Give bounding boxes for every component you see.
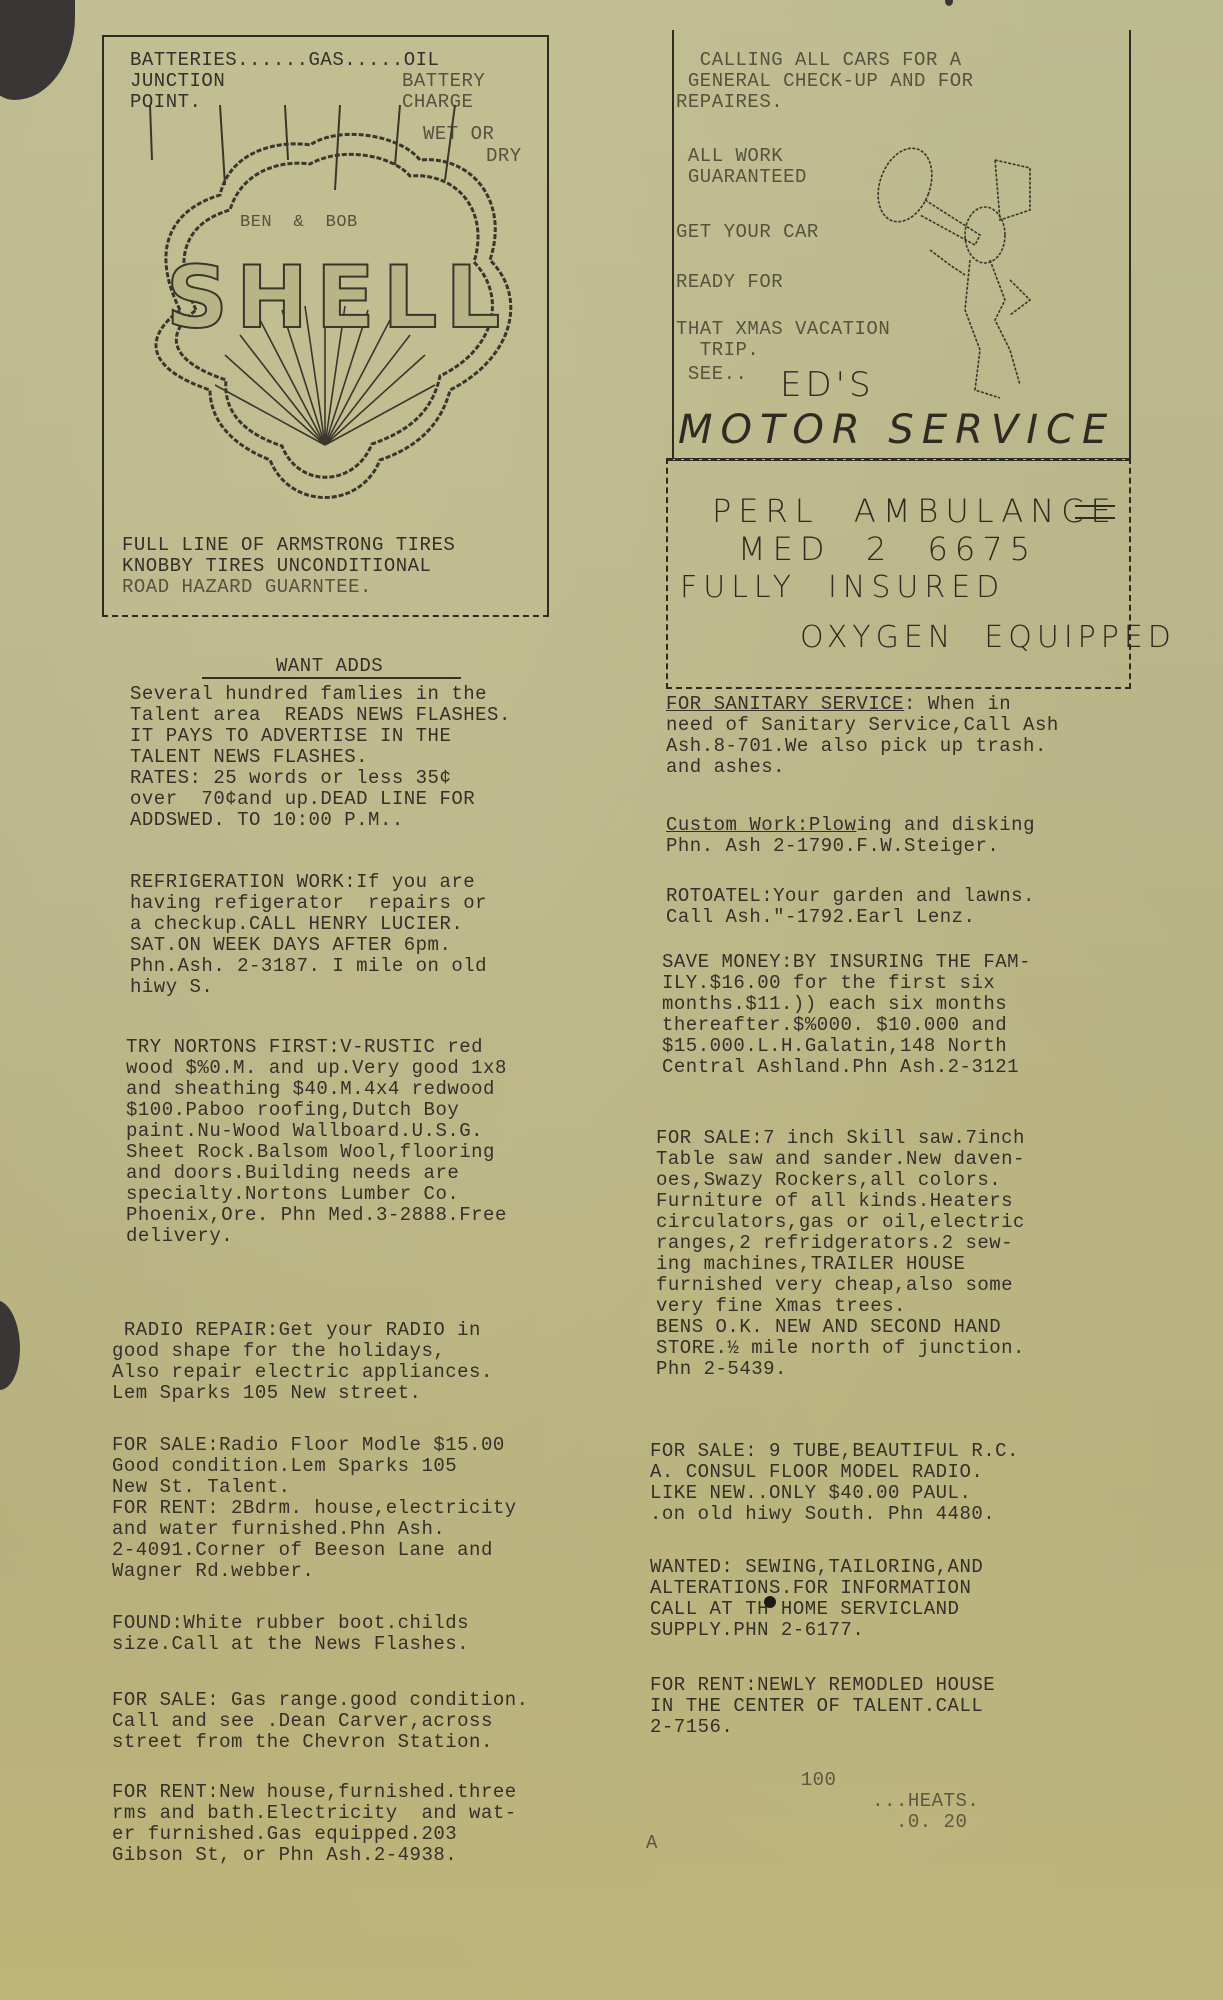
ad-line: circulators,gas or oil,electric (656, 1212, 1176, 1233)
intro-line: Several hundred famlies in the (130, 684, 650, 705)
intro-line: Talent area READS NEWS FLASHES. (130, 705, 650, 726)
ad-line: IN THE CENTER OF TALENT.CALL (650, 1696, 1170, 1717)
ad-line: SAT.ON WEEK DAYS AFTER 6pm. (130, 935, 650, 956)
ad-line: having refigerator repairs or (130, 893, 650, 914)
ad-line: ...HEATS. (646, 1791, 1166, 1812)
ad-line: ing and disking (856, 814, 1035, 836)
eds-ready-line: READY FOR (676, 272, 783, 293)
ad-line: CALL AT TH HOME SERVICLAND (650, 1599, 1170, 1620)
ad-line: furnished very cheap,also some (656, 1275, 1176, 1296)
ambulance-oxygen: OXYGEN EQUIPPED (800, 623, 1176, 653)
ad-line: 100 (646, 1770, 1166, 1791)
ad-line: delivery. (126, 1226, 646, 1247)
eds-guarantee-line: ALL WORK (676, 146, 783, 167)
ad-line: months.$11.)) each six months (662, 994, 1182, 1015)
ad-line: Phn. Ash 2-1790.F.W.Steiger. (666, 836, 1186, 857)
shell-footer-line: FULL LINE OF ARMSTRONG TIRES (122, 535, 455, 556)
shell-services-line: BATTERIES......GAS.....OIL (130, 50, 439, 71)
want-ads-heading-text: WANT ADDS (276, 655, 383, 677)
ad-line: WANTED: SEWING,TAILORING,AND (650, 1557, 1170, 1578)
eds-trip-line: TRIP. (676, 340, 759, 361)
ad-line: ing machines,TRAILER HOUSE (656, 1254, 1176, 1275)
ad-line: ILY.$16.00 for the first six (662, 973, 1182, 994)
ad-line: FOR RENT:NEWLY REMODLED HOUSE (650, 1675, 1170, 1696)
ad-heading: Custom Work:Plow (666, 814, 856, 836)
ad-save-money-insurance: SAVE MONEY:BY INSURING THE FAM- ILY.$16.… (662, 952, 1182, 1078)
eds-intro-line: GENERAL CHECK-UP AND FOR (676, 71, 974, 92)
ad-line: FOR SALE:7 inch Skill saw.7inch (656, 1128, 1176, 1149)
ad-line: Lem Sparks 105 New street. (112, 1383, 632, 1404)
ad-line: $15.000.L.H.Galatin,148 North (662, 1036, 1182, 1057)
ad-line: specialty.Nortons Lumber Co. (126, 1184, 646, 1205)
shell-junction: JUNCTION (130, 71, 225, 92)
ad-line: Call Ash."-1792.Earl Lenz. (666, 907, 1186, 928)
ad-wanted-sewing: WANTED: SEWING,TAILORING,AND ALTERATIONS… (650, 1557, 1170, 1641)
ad-line: Wagner Rd.webber. (112, 1561, 632, 1582)
ambulance-phone: MED 2 6675 (738, 533, 1037, 565)
ad-faded-illegible: 100 ...HEATS. .0. 20 A (646, 1770, 1166, 1854)
ad-line: Also repair electric appliances. (112, 1362, 632, 1383)
ad-line: New St. Talent. (112, 1477, 632, 1498)
ad-line: and water furnished.Phn Ash. (112, 1519, 632, 1540)
ad-line: wood $%0.M. and up.Very good 1x8 (126, 1058, 646, 1079)
ad-nortons-lumber: TRY NORTONS FIRST:V-RUSTIC red wood $%0.… (126, 1037, 646, 1247)
ad-line: FOR RENT:New house,furnished.three (112, 1782, 632, 1803)
eds-intro-line: REPAIRES. (676, 92, 783, 113)
shell-owners: BEN & BOB (240, 212, 358, 233)
ad-line: SAVE MONEY:BY INSURING THE FAM- (662, 952, 1182, 973)
ad-line: oes,Swazy Rockers,all colors. (656, 1170, 1176, 1191)
ad-radio-for-sale-and-rent: FOR SALE:Radio Floor Modle $15.00 Good c… (112, 1435, 632, 1582)
ad-line: BENS O.K. NEW AND SECOND HAND (656, 1317, 1176, 1338)
ad-refrigeration: REFRIGERATION WORK:If you are having ref… (130, 872, 650, 998)
shell-footer-line: KNOBBY TIRES UNCONDITIONAL (122, 556, 431, 577)
ambulance-name: PERL AMBULANCE (712, 495, 1118, 527)
ad-line: need of Sanitary Service,Call Ash (666, 715, 1186, 736)
eds-name: ED'S (780, 368, 875, 402)
ad-line: A (646, 1833, 1166, 1854)
ad-line: paint.Nu-Wood Wallboard.U.S.G. (126, 1121, 646, 1142)
intro-line: RATES: 25 words or less 35¢ (130, 768, 650, 789)
ad-line: Ash.8-701.We also pick up trash. (666, 736, 1186, 757)
eds-service-title: MOTOR SERVICE (678, 410, 1115, 450)
ink-blot (764, 1596, 776, 1608)
ad-line: Call and see .Dean Carver,across (112, 1711, 632, 1732)
eds-intro-line: CALLING ALL CARS FOR A (676, 50, 962, 71)
ad-custom-work: Custom Work:Plowing and disking Phn. Ash… (666, 815, 1186, 857)
ad-line: FOR SALE:Radio Floor Modle $15.00 (112, 1435, 632, 1456)
ad-line: Furniture of all kinds.Heaters (656, 1191, 1176, 1212)
ad-line: FOUND:White rubber boot.childs (112, 1613, 632, 1634)
ad-line: 2-7156. (650, 1717, 1170, 1738)
ad-line: Central Ashland.Phn Ash.2-3121 (662, 1057, 1182, 1078)
ad-radio-rca: FOR SALE: 9 TUBE,BEAUTIFUL R.C. A. CONSU… (650, 1441, 1170, 1525)
ad-line: Sheet Rock.Balsom Wool,flooring (126, 1142, 646, 1163)
intro-line: TALENT NEWS FLASHES. (130, 747, 650, 768)
ad-line: and ashes. (666, 757, 1186, 778)
ad-line: Gibson St, or Phn Ash.2-4938. (112, 1845, 632, 1866)
ad-sanitary-service: FOR SANITARY SERVICE: When in need of Sa… (666, 694, 1186, 778)
ad-line: Phoenix,Ore. Phn Med.3-2888.Free (126, 1205, 646, 1226)
eds-get-line: GET YOUR CAR (676, 222, 819, 243)
ambulance-rule-icon (1075, 505, 1115, 519)
ad-line: good shape for the holidays, (112, 1341, 632, 1362)
shell-footer-line: ROAD HAZARD GUARNTEE. (122, 577, 372, 598)
ad-line: : When in (904, 693, 1011, 715)
intro-line: IT PAYS TO ADVERTISE IN THE (130, 726, 650, 747)
ad-line: very fine Xmas trees. (656, 1296, 1176, 1317)
ad-rotoatel: ROTOATEL:Your garden and lawns. Call Ash… (666, 886, 1186, 928)
ad-line: Table saw and sander.New daven- (656, 1149, 1176, 1170)
ambulance-insured: FULLY INSURED (680, 573, 1005, 603)
eds-trip-line: THAT XMAS VACATION (676, 319, 890, 340)
mechanic-cartoon-icon (870, 150, 1050, 410)
want-ads-intro: Several hundred famlies in the Talent ar… (130, 684, 650, 831)
ad-line: LIKE NEW..ONLY $40.00 PAUL. (650, 1483, 1170, 1504)
intro-line: ADDSWED. TO 10:00 P.M.. (130, 810, 650, 831)
ad-line: ALTERATIONS.FOR INFORMATION (650, 1578, 1170, 1599)
ad-line: a checkup.CALL HENRY LUCIER. (130, 914, 650, 935)
ad-line: size.Call at the News Flashes. (112, 1634, 632, 1655)
ad-line: STORE.½ mile north of junction. (656, 1338, 1176, 1359)
ad-line: thereafter.$%000. $10.000 and (662, 1015, 1182, 1036)
ad-line: .on old hiwy South. Phn 4480. (650, 1504, 1170, 1525)
ad-line: Phn.Ash. 2-3187. I mile on old (130, 956, 650, 977)
ad-line: and sheathing $40.M.4x4 redwood (126, 1079, 646, 1100)
ad-new-house-rent: FOR RENT:New house,furnished.three rms a… (112, 1782, 632, 1866)
ad-line: SUPPLY.PHN 2-6177. (650, 1620, 1170, 1641)
ad-line: A. CONSUL FLOOR MODEL RADIO. (650, 1462, 1170, 1483)
ad-line: er furnished.Gas equipped.203 (112, 1824, 632, 1845)
want-ads-heading: WANT ADDS (202, 656, 461, 679)
ad-remodeled-house: FOR RENT:NEWLY REMODLED HOUSE IN THE CEN… (650, 1675, 1170, 1738)
shell-right-line: BATTERY (402, 71, 485, 92)
ad-line: hiwy S. (130, 977, 650, 998)
eds-guarantee-line: GUARANTEED (676, 167, 807, 188)
ad-heading: FOR SANITARY SERVICE (666, 693, 904, 715)
ad-line: FOR SALE: Gas range.good condition. (112, 1690, 632, 1711)
ad-line: ROTOATEL:Your garden and lawns. (666, 886, 1186, 907)
ad-line: FOR SALE: 9 TUBE,BEAUTIFUL R.C. (650, 1441, 1170, 1462)
ad-bens-store: FOR SALE:7 inch Skill saw.7inch Table sa… (656, 1128, 1176, 1380)
ad-radio-repair: RADIO REPAIR:Get your RADIO in good shap… (112, 1320, 632, 1404)
ad-line: .0. 20 (646, 1812, 1166, 1833)
ad-line: Good condition.Lem Sparks 105 (112, 1456, 632, 1477)
ad-line: $100.Paboo roofing,Dutch Boy (126, 1100, 646, 1121)
ad-line: FOR RENT: 2Bdrm. house,electricity (112, 1498, 632, 1519)
ad-line: rms and bath.Electricity and wat- (112, 1803, 632, 1824)
ad-line: and doors.Building needs are (126, 1163, 646, 1184)
ad-line: street from the Chevron Station. (112, 1732, 632, 1753)
ad-gas-range: FOR SALE: Gas range.good condition. Call… (112, 1690, 632, 1753)
ad-line: ranges,2 refridgerators.2 sew- (656, 1233, 1176, 1254)
ad-line: 2-4091.Corner of Beeson Lane and (112, 1540, 632, 1561)
shell-brand: SHELL (166, 255, 508, 341)
intro-line: over 70¢and up.DEAD LINE FOR (130, 789, 650, 810)
ad-found-boot: FOUND:White rubber boot.childs size.Call… (112, 1613, 632, 1655)
eds-see-label: SEE.. (676, 364, 747, 385)
ad-line: TRY NORTONS FIRST:V-RUSTIC red (126, 1037, 646, 1058)
ad-line: RADIO REPAIR:Get your RADIO in (112, 1320, 632, 1341)
ad-line: REFRIGERATION WORK:If you are (130, 872, 650, 893)
ad-line: Phn 2-5439. (656, 1359, 1176, 1380)
